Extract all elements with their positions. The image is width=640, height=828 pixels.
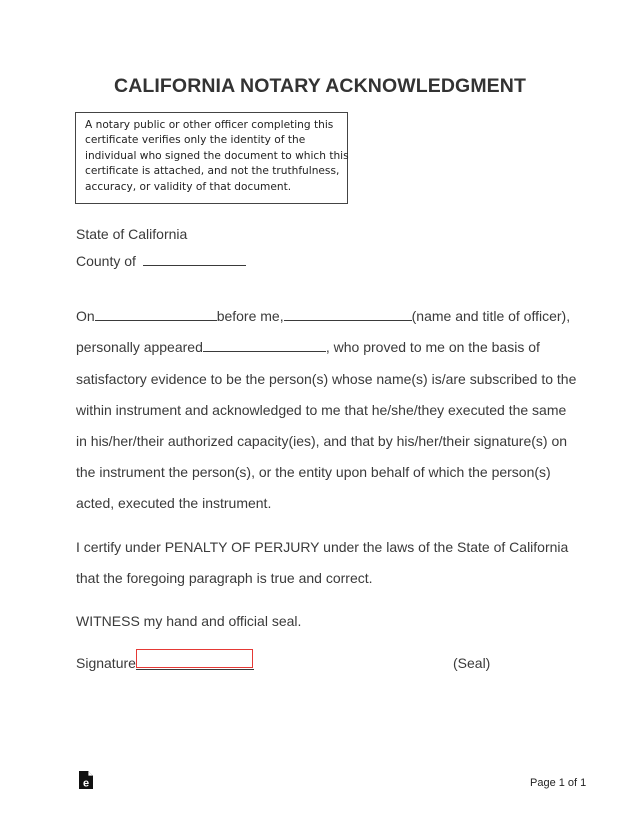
svg-text:e: e bbox=[83, 778, 89, 790]
proved-text: , who proved to me on the basis of bbox=[326, 339, 540, 355]
signature-underline bbox=[136, 669, 254, 670]
body-line: in his/her/their authorized capacity(ies… bbox=[76, 433, 567, 449]
body-line: satisfactory evidence to be the person(s… bbox=[76, 371, 576, 387]
notice-line: certificate is attached, and not the tru… bbox=[85, 164, 347, 179]
document-title: CALIFORNIA NOTARY ACKNOWLEDGMENT bbox=[0, 75, 640, 98]
appeared-line: personally appeared, who proved to me on… bbox=[76, 339, 540, 355]
notice-line: accuracy, or validity of that document. bbox=[85, 180, 347, 195]
notice-line: certificate verifies only the identity o… bbox=[85, 133, 347, 148]
signature-label: Signature bbox=[76, 655, 136, 671]
officer-label: (name and title of officer), bbox=[412, 308, 570, 324]
body-line: within instrument and acknowledged to me… bbox=[76, 402, 566, 418]
personally-appeared-label: personally appeared bbox=[76, 339, 203, 355]
seal-label: (Seal) bbox=[453, 655, 490, 671]
state-line: State of California bbox=[76, 226, 187, 242]
body-line: the instrument the person(s), or the ent… bbox=[76, 464, 551, 480]
page-number: Page 1 of 1 bbox=[530, 777, 586, 789]
perjury-line: that the foregoing paragraph is true and… bbox=[76, 570, 373, 586]
on-line: Onbefore me,(name and title of officer), bbox=[76, 308, 570, 324]
county-field[interactable] bbox=[143, 253, 246, 266]
body-line: acted, executed the instrument. bbox=[76, 495, 271, 511]
notice-box: A notary public or other officer complet… bbox=[75, 112, 348, 204]
notice-line: A notary public or other officer complet… bbox=[85, 118, 347, 133]
county-label: County of bbox=[76, 253, 136, 269]
perjury-line: I certify under PENALTY OF PERJURY under… bbox=[76, 539, 568, 555]
signature-field[interactable] bbox=[136, 649, 253, 668]
date-field[interactable] bbox=[95, 308, 217, 321]
witness-line: WITNESS my hand and official seal. bbox=[76, 613, 301, 629]
notice-line: individual who signed the document to wh… bbox=[85, 149, 347, 164]
before-me-label: before me, bbox=[217, 308, 284, 324]
on-label: On bbox=[76, 308, 95, 324]
officer-name-field[interactable] bbox=[284, 308, 412, 321]
county-line: County of bbox=[76, 253, 246, 269]
eforms-logo-icon: e bbox=[79, 771, 93, 789]
signer-name-field[interactable] bbox=[203, 339, 326, 352]
